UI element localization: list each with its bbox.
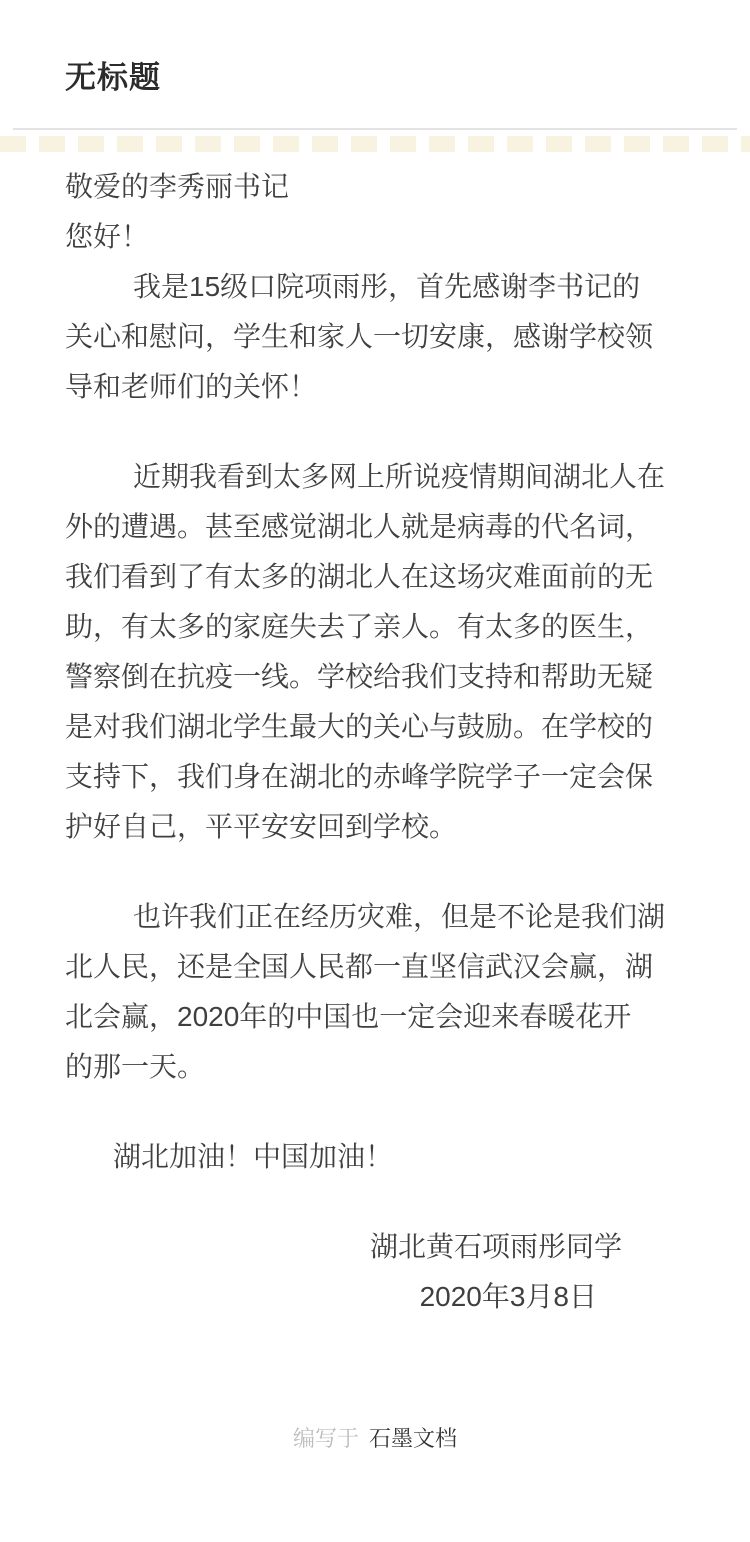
paragraph-spacer [65, 412, 683, 452]
signature-date: 2020年3月8日 [65, 1272, 683, 1322]
document-header: 无标题 [0, 0, 750, 96]
paragraph-spacer [65, 852, 683, 892]
paragraph-line: 外的遭遇。甚至感觉湖北人就是病毒的代名词， [65, 502, 683, 552]
letter-body: 敬爱的李秀丽书记 您好！ 我是15级口院项雨彤，首先感谢李书记的 关心和慰问，学… [0, 162, 750, 1322]
paragraph-line: 也许我们正在经历灾难，但是不论是我们湖 [65, 892, 683, 942]
title-divider [13, 128, 737, 130]
slogan-line: 湖北加油！中国加油！ [65, 1132, 683, 1182]
watermark-dash-strip [0, 136, 750, 152]
paragraph-line: 北会赢，2020年的中国也一定会迎来春暖花开 [65, 992, 683, 1042]
paragraph-line: 我们看到了有太多的湖北人在这场灾难面前的无 [65, 552, 683, 602]
paragraph-line: 护好自己，平平安安回到学校。 [65, 802, 683, 852]
document-footer: 编写于石墨文档 [0, 1424, 750, 1454]
paragraph-line: 是对我们湖北学生最大的关心与鼓励。在学校的 [65, 702, 683, 752]
paragraph-line: 警察倒在抗疫一线。学校给我们支持和帮助无疑 [65, 652, 683, 702]
salutation-line: 您好！ [65, 212, 683, 262]
paragraph-line: 北人民，还是全国人民都一直坚信武汉会赢，湖 [65, 942, 683, 992]
paragraph-line: 我是15级口院项雨彤，首先感谢李书记的 [65, 262, 683, 312]
signature-name: 湖北黄石项雨彤同学 [65, 1222, 683, 1272]
footer-written-in-label: 编写于 [293, 1426, 359, 1451]
paragraph-line: 近期我看到太多网上所说疫情期间湖北人在 [65, 452, 683, 502]
paragraph-line: 导和老师们的关怀！ [65, 362, 683, 412]
paragraph-spacer [65, 1092, 683, 1132]
document-page: 无标题 敬爱的李秀丽书记 您好！ 我是15级口院项雨彤，首先感谢李书记的 关心和… [0, 0, 750, 1542]
paragraph-line: 关心和慰问，学生和家人一切安康，感谢学校领 [65, 312, 683, 362]
paragraph-spacer [65, 1182, 683, 1222]
paragraph-line: 支持下，我们身在湖北的赤峰学院学子一定会保 [65, 752, 683, 802]
salutation-line: 敬爱的李秀丽书记 [65, 162, 683, 212]
paragraph-line: 助，有太多的家庭失去了亲人。有太多的医生， [65, 602, 683, 652]
page-title: 无标题 [65, 60, 750, 96]
shimo-docs-brand-link[interactable]: 石墨文档 [369, 1426, 457, 1451]
paragraph-line: 的那一天。 [65, 1042, 683, 1092]
